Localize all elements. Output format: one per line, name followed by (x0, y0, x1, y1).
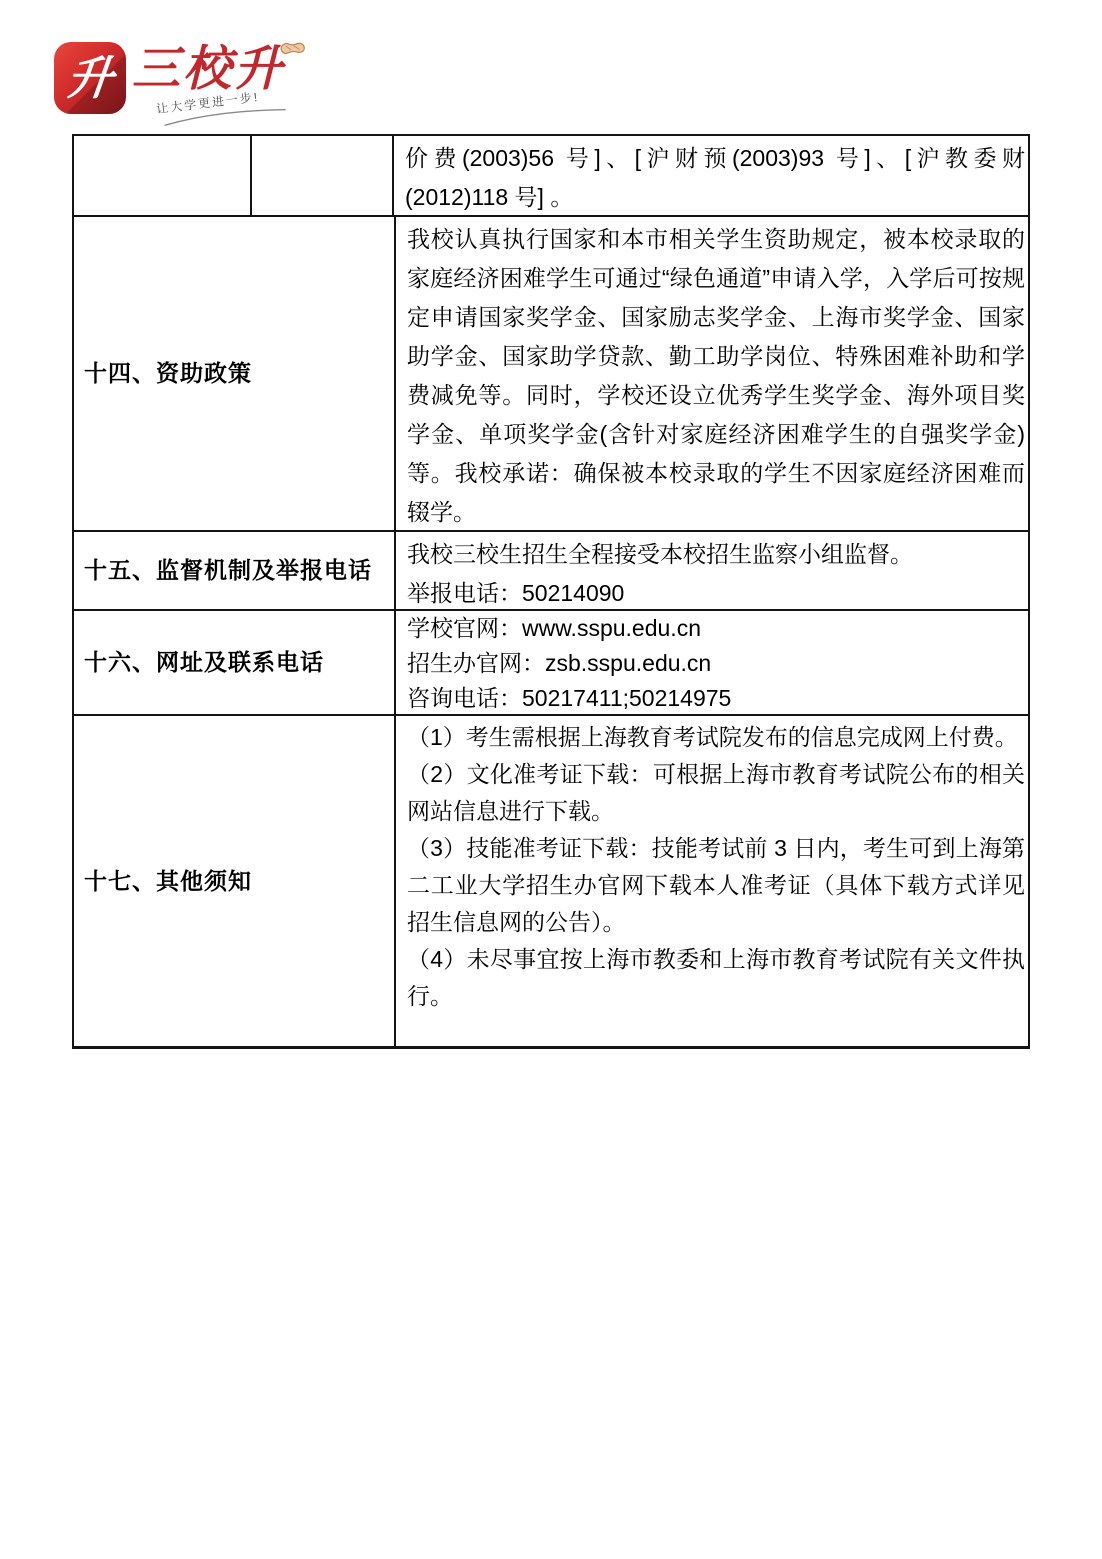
admissions-info-table: 价费(2003)56 号]、[沪财预(2003)93 号]、[沪教委财(2012… (72, 134, 1030, 1049)
report-phone: 举报电话：50214090 (407, 574, 1025, 613)
row-14-label: 十四、资助政策 (74, 217, 396, 530)
row-14-content: 我校认真执行国家和本市相关学生资助规定，被本校录取的家庭经济困难学生可通过“绿色… (396, 217, 1028, 530)
brand-wordmark: 三校升 (132, 44, 285, 97)
row-15-content: 我校三校生招生全程接受本校招生监察小组监督。 举报电话：50214090 (396, 532, 1028, 609)
consult-phone: 咨询电话：50217411;50214975 (407, 681, 1025, 716)
admissions-website: 招生办官网：zsb.sspu.edu.cn (407, 646, 1025, 681)
paragraph: 我校认真执行国家和本市相关学生资助规定，被本校录取的家庭经济困难学生可通过“绿色… (407, 220, 1025, 532)
row-16-content: 学校官网：www.sspu.edu.cn 招生办官网：zsb.sspu.edu.… (396, 611, 1028, 714)
school-website: 学校官网：www.sspu.edu.cn (407, 611, 1025, 646)
table-row-16: 十六、网址及联系电话 学校官网：www.sspu.edu.cn 招生办官网：zs… (74, 609, 1028, 714)
continuation-label-cell (74, 136, 252, 215)
row-17-label: 十七、其他须知 (74, 716, 396, 1046)
document-page: 升 三校升 让大学更进一步! 价费(2003)56 号]、[沪财预(2003)9… (0, 0, 1102, 1559)
table-row-14: 十四、资助政策 我校认真执行国家和本市相关学生资助规定，被本校录取的家庭经济困难… (74, 215, 1028, 530)
paragraph: 我校三校生招生全程接受本校招生监察小组监督。 (407, 535, 1025, 574)
row-16-label: 十六、网址及联系电话 (74, 611, 396, 714)
table-row-17: 十七、其他须知 （1）考生需根据上海教育考试院发布的信息完成网上付费。 （2）文… (74, 714, 1028, 1046)
note-2: （2）文化准考证下载：可根据上海市教育考试院公布的相关网站信息进行下载。 (407, 756, 1025, 830)
logo-icon-glyph: 升 (65, 55, 116, 101)
note-4: （4）未尽事宜按上海市教委和上海市教育考试院有关文件执行。 (407, 941, 1025, 1015)
table-row-15: 十五、监督机制及举报电话 我校三校生招生全程接受本校招生监察小组监督。 举报电话… (74, 530, 1028, 609)
row-17-content: （1）考生需根据上海教育考试院发布的信息完成网上付费。 （2）文化准考证下载：可… (396, 716, 1028, 1046)
paragraph: 价费(2003)56 号]、[沪财预(2003)93 号]、[沪教委财(2012… (405, 139, 1025, 217)
continuation-sublabel-cell (252, 136, 394, 215)
note-3: （3）技能准考证下载：技能考试前 3 日内，考生可到上海第二工业大学招生办官网下… (407, 830, 1025, 941)
continuation-content-cell: 价费(2003)56 号]、[沪财预(2003)93 号]、[沪教委财(2012… (394, 136, 1028, 215)
note-1: （1）考生需根据上海教育考试院发布的信息完成网上付费。 (407, 719, 1025, 756)
sanxiaosheng-logo: 升 三校升 让大学更进一步! (54, 40, 374, 132)
row-15-label: 十五、监督机制及举报电话 (74, 532, 396, 609)
table-row-continuation: 价费(2003)56 号]、[沪财预(2003)93 号]、[沪教委财(2012… (74, 136, 1028, 215)
sanxiaosheng-app-icon: 升 (54, 42, 126, 114)
